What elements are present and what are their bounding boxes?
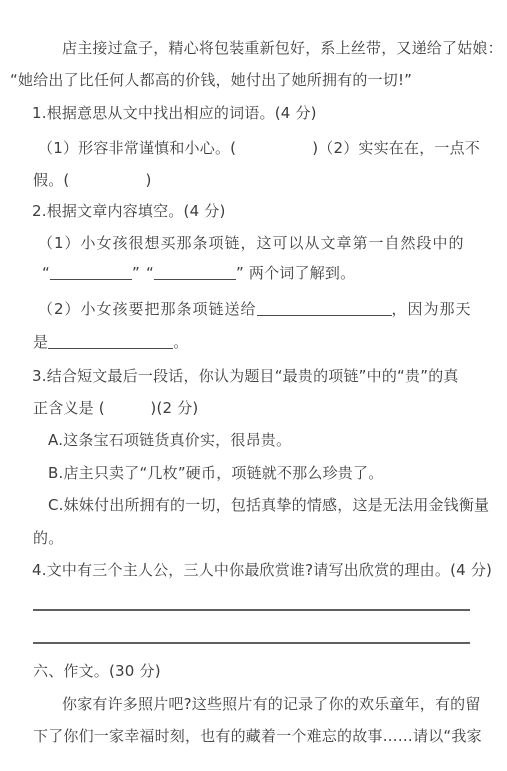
q3-option-c-line-2: 的。 bbox=[33, 528, 63, 548]
answer-line bbox=[33, 609, 470, 611]
q2-sub1-fill-line: “”“” 两个词了解到。 bbox=[42, 263, 355, 283]
q3-option-a: A.这条宝石项链货真价实，很昂贵。 bbox=[48, 430, 291, 450]
q2-sub2-line2-post: 。 bbox=[173, 333, 188, 351]
q3-stem-line-2: 正含义是 ( )(2 分) bbox=[33, 398, 199, 418]
q2-sub2-line-1: （2）小女孩要把那条项链送给，因为那天 bbox=[38, 299, 472, 319]
q2-sub2-mid: ，因为那天 bbox=[392, 300, 472, 318]
answer-line bbox=[33, 642, 470, 644]
close-quote: ” bbox=[132, 264, 140, 282]
q2-sub2-line2-pre: 是 bbox=[33, 333, 48, 351]
q1-stem: 1.根据意思从文中找出相应的词语。(4 分) bbox=[32, 103, 317, 123]
q2-sub1-tail: 两个词了解到。 bbox=[244, 264, 355, 282]
q1-item-line-2: 假。( ) bbox=[33, 170, 152, 190]
q3-option-b: B.店主只卖了“几枚”硬币，项链就不那么珍贵了。 bbox=[48, 463, 383, 483]
close-quote: ” bbox=[236, 264, 244, 282]
section6-body-line-1: 你家有许多照片吧?这些照片有的记录了你的欢乐童年，有的留 bbox=[62, 694, 481, 714]
passage-line-2: “她给出了比任何人都高的价钱，她付出了她所拥有的一切!” bbox=[10, 70, 412, 90]
q2-sub2-pre: （2）小女孩要把那条项链送给 bbox=[38, 300, 257, 318]
fill-blank bbox=[50, 265, 132, 280]
q2-sub1-line-1: （1）小女孩很想买那条项链，这可以从文章第一自然段中的 bbox=[38, 233, 465, 253]
q1-item-line-1: （1）形容非常谨慎和小心。( )（2）实实在在，一点不 bbox=[38, 138, 480, 158]
q3-option-c-line-1: C.妹妹付出所拥有的一切，包括真挚的情感，这是无法用金钱衡量 bbox=[48, 495, 489, 515]
worksheet-page: 店主接过盒子，精心将包装重新包好，系上丝带，又递给了姑娘： “她给出了比任何人都… bbox=[0, 0, 507, 771]
section6-body-line-2: 下了你们一家幸福时刻，也有的藏着一个难忘的故事……请以“我家 bbox=[33, 726, 482, 746]
open-quote: “ bbox=[42, 264, 50, 282]
open-quote: “ bbox=[146, 264, 154, 282]
q2-stem: 2.根据文章内容填空。(4 分) bbox=[32, 201, 226, 221]
q4-stem: 4.文中有三个主人公，三人中你最欣赏谁?请写出欣赏的理由。(4 分) bbox=[32, 560, 492, 580]
passage-line-1: 店主接过盒子，精心将包装重新包好，系上丝带，又递给了姑娘： bbox=[62, 38, 503, 58]
fill-blank bbox=[48, 334, 173, 349]
q2-sub2-line-2: 是。 bbox=[33, 332, 188, 352]
q3-stem-line-1: 3.结合短文最后一段话，你认为题目“最贵的项链”中的“贵”的真 bbox=[32, 366, 459, 386]
fill-blank bbox=[257, 301, 392, 316]
section6-title: 六、作文。(30 分) bbox=[33, 661, 161, 681]
fill-blank bbox=[154, 265, 236, 280]
